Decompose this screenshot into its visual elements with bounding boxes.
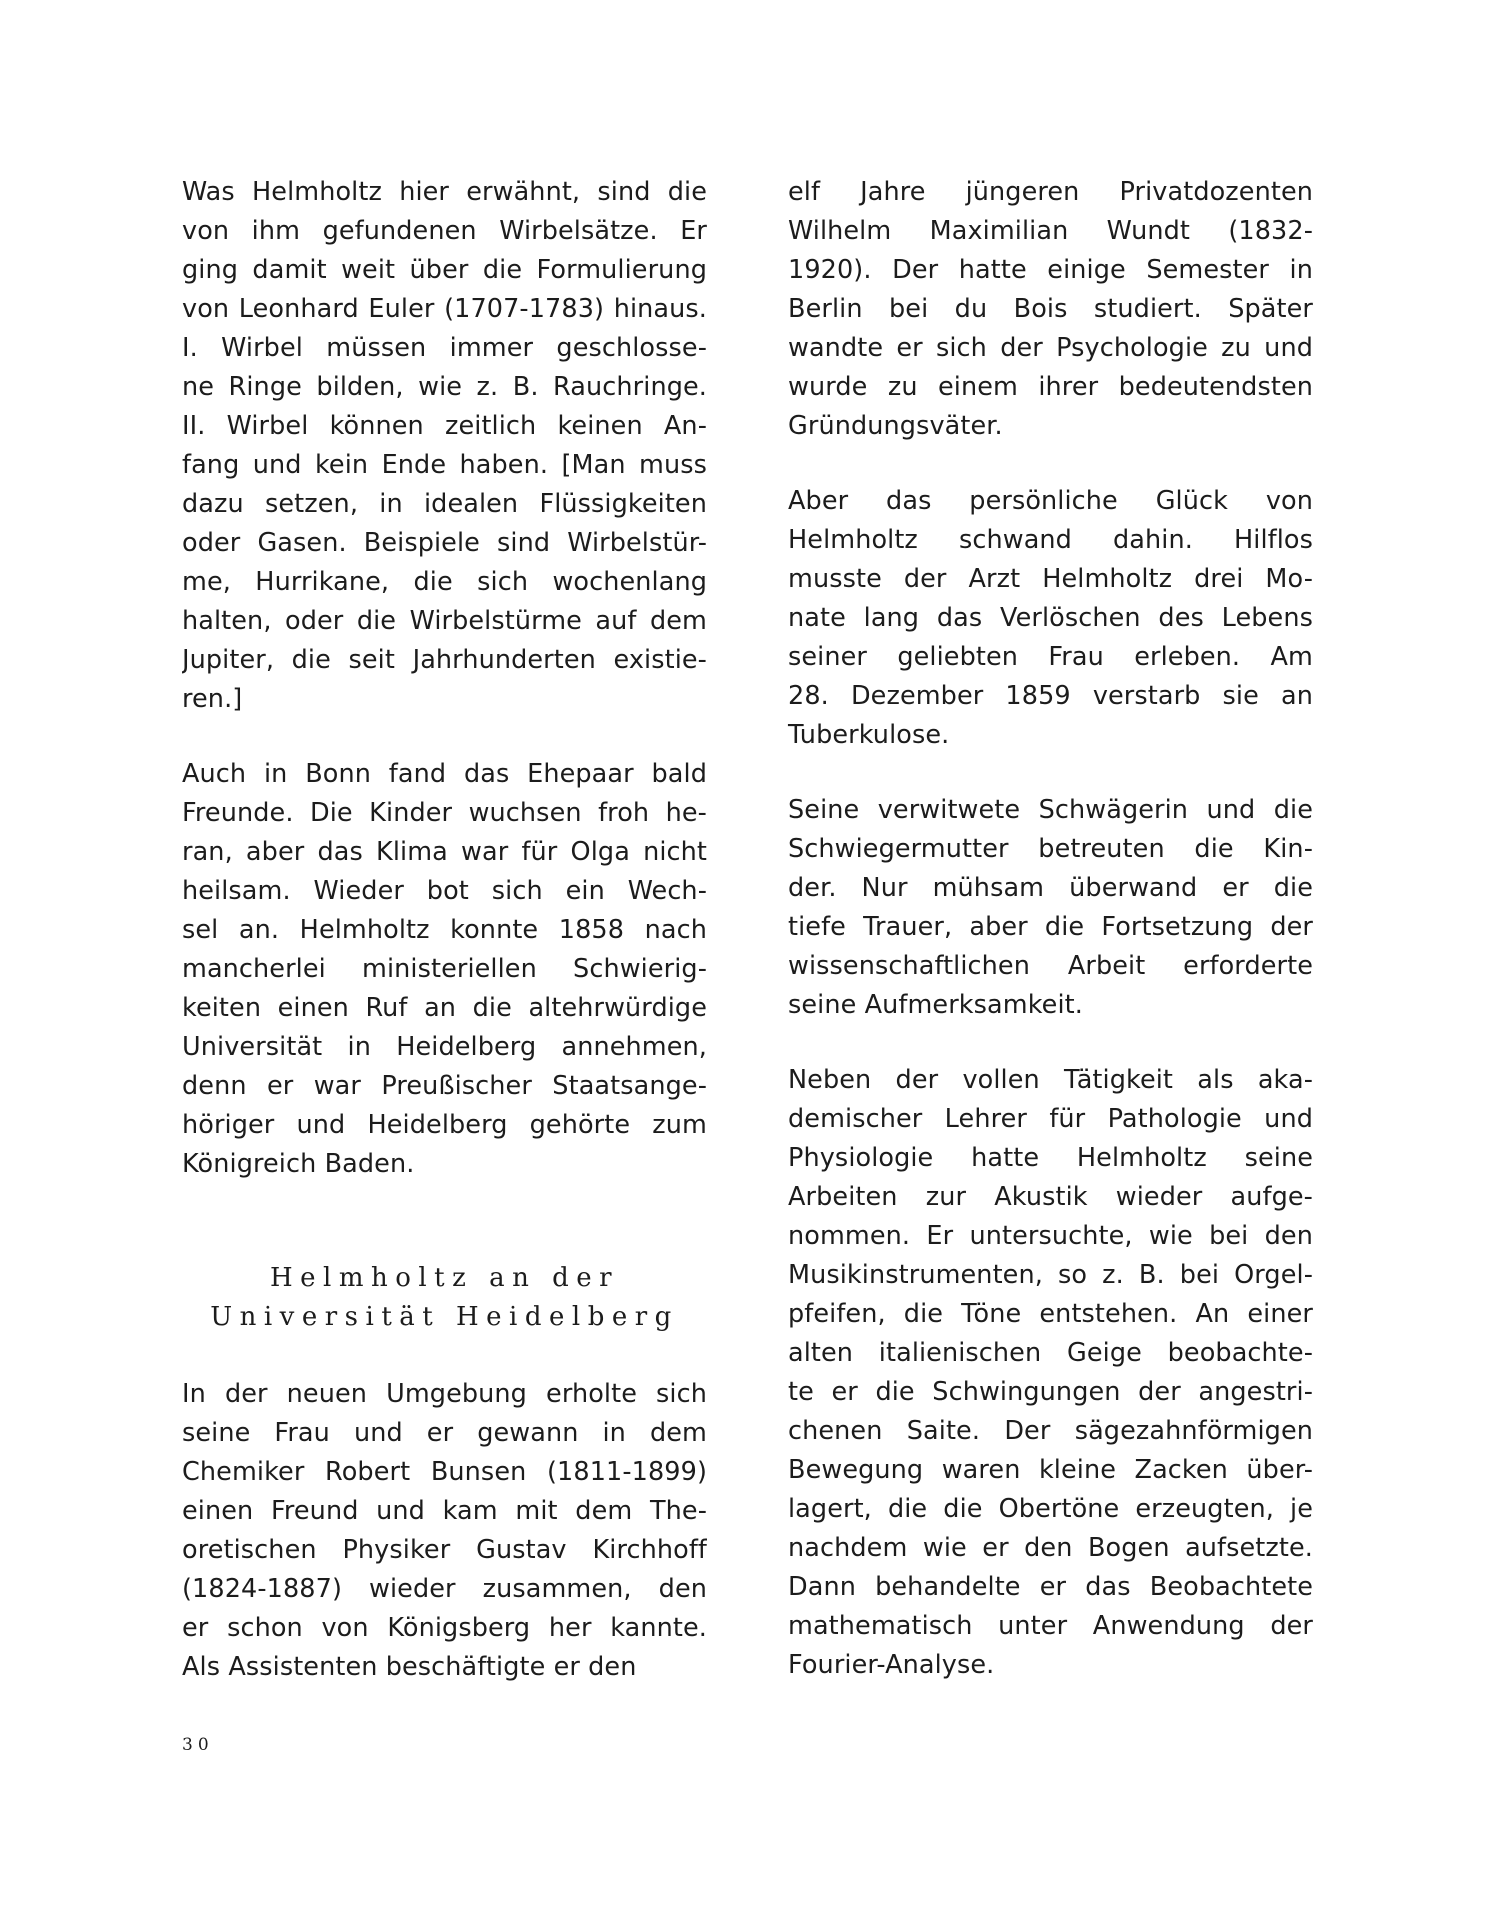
text-line: Tuberkulose. [788, 716, 1313, 755]
text-line: nommen. Er untersuchte, wie bei den [788, 1217, 1313, 1256]
text-line: alten italienischen Geige beobachte- [788, 1334, 1313, 1373]
text-line: heilsam. Wieder bot sich ein Wech- [182, 872, 707, 911]
text-line: Jupiter, die seit Jahrhunderten existie- [182, 641, 707, 680]
section-heading-line-1: Helmholtz an der [182, 1259, 707, 1298]
text-line: Aber das persönliche Glück von [788, 482, 1313, 521]
section-heading-line-2: Universität Heidelberg [182, 1298, 707, 1337]
text-line: Berlin bei du Bois studiert. Später [788, 290, 1313, 329]
text-line: denn er war Preußischer Staatsange- [182, 1067, 707, 1106]
text-line: ging damit weit über die Formulierung [182, 251, 707, 290]
text-line: demischer Lehrer für Pathologie und [788, 1100, 1313, 1139]
text-line: Wilhelm Maximilian Wundt (1832- [788, 212, 1313, 251]
text-line: oder Gasen. Beispiele sind Wirbelstür- [182, 524, 707, 563]
text-line: 28. Dezember 1859 verstarb sie an [788, 677, 1313, 716]
text-line: höriger und Heidelberg gehörte zum [182, 1106, 707, 1145]
text-line: wurde zu einem ihrer bedeutendsten [788, 368, 1313, 407]
paragraph: Was Helmholtz hier erwähnt, sind dievon … [182, 173, 707, 719]
text-line: Schwiegermutter betreuten die Kin- [788, 830, 1313, 869]
text-line: tiefe Trauer, aber die Fortsetzung der [788, 908, 1313, 947]
text-line: chenen Saite. Der sägezahnförmigen [788, 1412, 1313, 1451]
text-line: Fourier-Analyse. [788, 1646, 1313, 1685]
text-line: II. Wirbel können zeitlich keinen An- [182, 407, 707, 446]
text-line: mancherlei ministeriellen Schwierig- [182, 950, 707, 989]
text-line: Auch in Bonn fand das Ehepaar bald [182, 755, 707, 794]
text-line: Arbeiten zur Akustik wieder aufge- [788, 1178, 1313, 1217]
text-line: I. Wirbel müssen immer geschlosse- [182, 329, 707, 368]
right-column: elf Jahre jüngeren PrivatdozentenWilhelm… [788, 173, 1313, 1721]
text-line: ne Ringe bilden, wie z. B. Rauchringe. [182, 368, 707, 407]
text-line: seine Frau und er gewann in dem [182, 1414, 707, 1453]
text-line: Königreich Baden. [182, 1145, 707, 1184]
text-line: Physiologie hatte Helmholtz seine [788, 1139, 1313, 1178]
text-line: einen Freund und kam mit dem The- [182, 1492, 707, 1531]
text-line: pfeifen, die Töne entstehen. An einer [788, 1295, 1313, 1334]
text-line: (1824-1887) wieder zusammen, den [182, 1570, 707, 1609]
paragraph: Neben der vollen Tätigkeit als aka-demis… [788, 1061, 1313, 1685]
text-line: mathematisch unter Anwendung der [788, 1607, 1313, 1646]
text-line: halten, oder die Wirbelstürme auf dem [182, 602, 707, 641]
text-line: nate lang das Verlöschen des Lebens [788, 599, 1313, 638]
text-line: Was Helmholtz hier erwähnt, sind die [182, 173, 707, 212]
text-line: der. Nur mühsam überwand er die [788, 869, 1313, 908]
text-line: ran, aber das Klima war für Olga nicht [182, 833, 707, 872]
text-line: fang und kein Ende haben. [Man muss [182, 446, 707, 485]
text-line: elf Jahre jüngeren Privatdozenten [788, 173, 1313, 212]
text-line: Helmholtz schwand dahin. Hilflos [788, 521, 1313, 560]
text-line: 1920). Der hatte einige Semester in [788, 251, 1313, 290]
text-line: wandte er sich der Psychologie zu und [788, 329, 1313, 368]
text-line: Gründungsväter. [788, 407, 1313, 446]
text-line: Dann behandelte er das Beobachtete [788, 1568, 1313, 1607]
text-line: Seine verwitwete Schwägerin und die [788, 791, 1313, 830]
text-line: Bewegung waren kleine Zacken über- [788, 1451, 1313, 1490]
text-line: Als Assistenten beschäftigte er den [182, 1648, 707, 1687]
text-line: Chemiker Robert Bunsen (1811-1899) [182, 1453, 707, 1492]
text-line: lagert, die die Obertöne erzeugten, je [788, 1490, 1313, 1529]
text-line: von ihm gefundenen Wirbelsätze. Er [182, 212, 707, 251]
text-line: me, Hurrikane, die sich wochenlang [182, 563, 707, 602]
text-line: oretischen Physiker Gustav Kirchhoff [182, 1531, 707, 1570]
text-line: Universität in Heidelberg annehmen, [182, 1028, 707, 1067]
paragraph: In der neuen Umgebung erholte sichseine … [182, 1375, 707, 1687]
paragraph: Aber das persönliche Glück vonHelmholtz … [788, 482, 1313, 755]
text-line: keiten einen Ruf an die altehrwürdige [182, 989, 707, 1028]
page-number: 30 [182, 1735, 214, 1755]
text-line: er schon von Königsberg her kannte. [182, 1609, 707, 1648]
text-line: seiner geliebten Frau erleben. Am [788, 638, 1313, 677]
text-line: sel an. Helmholtz konnte 1858 nach [182, 911, 707, 950]
left-column-after-heading: In der neuen Umgebung erholte sichseine … [182, 1375, 707, 1723]
text-line: von Leonhard Euler (1707-1783) hinaus. [182, 290, 707, 329]
text-line: wissenschaftlichen Arbeit erforderte [788, 947, 1313, 986]
text-line: musste der Arzt Helmholtz drei Mo- [788, 560, 1313, 599]
paragraph: elf Jahre jüngeren PrivatdozentenWilhelm… [788, 173, 1313, 446]
text-line: In der neuen Umgebung erholte sich [182, 1375, 707, 1414]
text-line: seine Aufmerksamkeit. [788, 986, 1313, 1025]
text-line: Freunde. Die Kinder wuchsen froh he- [182, 794, 707, 833]
text-line: te er die Schwingungen der angestri- [788, 1373, 1313, 1412]
section-heading: Helmholtz an der Universität Heidelberg [182, 1259, 707, 1337]
left-column: Was Helmholtz hier erwähnt, sind dievon … [182, 173, 707, 1220]
text-line: dazu setzen, in idealen Flüssigkeiten [182, 485, 707, 524]
book-page: Was Helmholtz hier erwähnt, sind dievon … [0, 0, 1496, 1929]
text-line: Neben der vollen Tätigkeit als aka- [788, 1061, 1313, 1100]
text-line: Musikinstrumenten, so z. B. bei Orgel- [788, 1256, 1313, 1295]
paragraph: Auch in Bonn fand das Ehepaar baldFreund… [182, 755, 707, 1184]
paragraph: Seine verwitwete Schwägerin und dieSchwi… [788, 791, 1313, 1025]
text-line: ren.] [182, 680, 707, 719]
text-line: nachdem wie er den Bogen aufsetzte. [788, 1529, 1313, 1568]
